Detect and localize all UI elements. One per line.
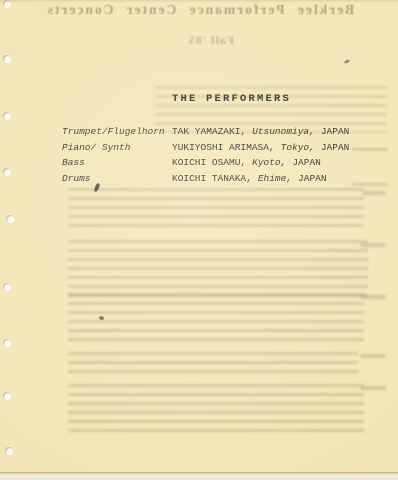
scanned-page-background: { "page": { "heading": "THE PERFORMERS",… (0, 0, 398, 480)
performer-name: YUKIYOSHI ARIMASA, (172, 142, 275, 153)
bleedthrough-date-label (360, 243, 386, 247)
punch-hole (3, 168, 11, 176)
bleedthrough-fragment (352, 148, 388, 154)
bleedthrough-date-label (362, 191, 386, 195)
punch-hole (3, 392, 11, 400)
bleedthrough-date-label (360, 386, 386, 390)
performer-city: Utsunomiya, (252, 126, 315, 137)
bleedthrough-subtitle: Fall '85 (181, 33, 241, 48)
performer-city: Kyoto, (252, 157, 286, 168)
performer-country: JAPAN (321, 142, 350, 153)
performer-row: Bass KOICHI OSAMU,Kyoto,JAPAN (62, 155, 349, 171)
performers-table: Trumpet/Flugelhorn TAK YAMAZAKI,Utsunomi… (62, 124, 349, 186)
performer-country: JAPAN (298, 173, 327, 184)
bleedthrough-paragraph (68, 352, 358, 376)
bleedthrough-title: Berklee Performance Center Concerts (42, 2, 358, 18)
instrument-label: Trumpet/Flugelhorn (62, 124, 172, 140)
performer-entry: KOICHI OSAMU,Kyoto,JAPAN (172, 155, 321, 171)
performer-city: Tokyo, (281, 142, 315, 153)
punch-hole (3, 112, 11, 120)
performer-row: Trumpet/Flugelhorn TAK YAMAZAKI,Utsunomi… (62, 124, 349, 140)
punch-hole (3, 0, 11, 8)
scan-background-strip (0, 473, 398, 480)
performer-country: JAPAN (292, 157, 321, 168)
performer-row: Piano/ Synth YUKIYOSHI ARIMASA,Tokyo,JAP… (62, 140, 349, 156)
bleedthrough-date-label (360, 354, 386, 358)
punch-hole (3, 283, 11, 291)
bleedthrough-paragraph (68, 384, 364, 436)
performer-entry: YUKIYOSHI ARIMASA,Tokyo,JAPAN (172, 140, 349, 156)
punch-hole (3, 339, 11, 347)
performer-country: JAPAN (321, 126, 350, 137)
ink-speck (344, 59, 351, 64)
performer-name: KOICHI TANAKA, (172, 173, 252, 184)
page-content: THE PERFORMERS Trumpet/Flugelhorn TAK YA… (62, 93, 349, 186)
document-page: Berklee Performance Center Concerts Fall… (0, 0, 398, 473)
bleedthrough-date-label (360, 295, 386, 299)
instrument-label: Drums (62, 171, 172, 187)
performer-entry: TAK YAMAZAKI,Utsunomiya,JAPAN (172, 124, 349, 140)
performer-name: TAK YAMAZAKI, (172, 126, 246, 137)
punch-hole (3, 55, 11, 63)
instrument-label: Piano/ Synth (62, 140, 172, 156)
performer-row: Drums KOICHI TANAKA,Ehime,JAPAN (62, 171, 349, 187)
bleedthrough-paragraph (68, 240, 368, 300)
performer-name: KOICHI OSAMU, (172, 157, 246, 168)
punch-hole (5, 447, 13, 455)
page-title: THE PERFORMERS (172, 93, 349, 105)
punch-hole (6, 215, 14, 223)
instrument-label: Bass (62, 155, 172, 171)
performer-city: Ehime, (258, 173, 292, 184)
performer-entry: KOICHI TANAKA,Ehime,JAPAN (172, 171, 327, 187)
bleedthrough-paragraph (68, 293, 364, 341)
bleedthrough-paragraph (68, 188, 364, 230)
